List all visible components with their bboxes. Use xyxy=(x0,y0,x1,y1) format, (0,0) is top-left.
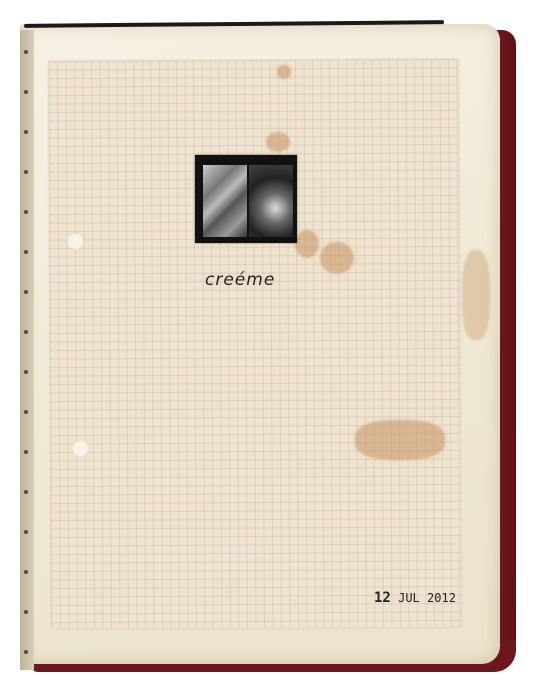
punch-hole xyxy=(73,441,88,456)
coffee-stain xyxy=(355,420,445,460)
date-day: 12 xyxy=(374,590,391,606)
coffee-stain xyxy=(320,242,354,274)
photo-frame-foliage xyxy=(249,165,293,237)
coffee-stain xyxy=(266,132,290,152)
graph-paper-sheet xyxy=(49,59,462,629)
spiral-binding xyxy=(20,30,34,670)
coffee-stain xyxy=(462,250,490,340)
coffee-stain xyxy=(295,230,319,258)
photo-frame-staircase xyxy=(203,165,247,237)
punch-hole xyxy=(68,234,83,249)
film-photo xyxy=(195,155,297,243)
handwritten-caption: creéme xyxy=(205,270,275,290)
date-month: JUL xyxy=(398,591,420,605)
date-year: 2012 xyxy=(427,591,456,605)
date-stamp: 12 JUL 2012 xyxy=(374,590,456,606)
coffee-stain xyxy=(277,65,291,79)
